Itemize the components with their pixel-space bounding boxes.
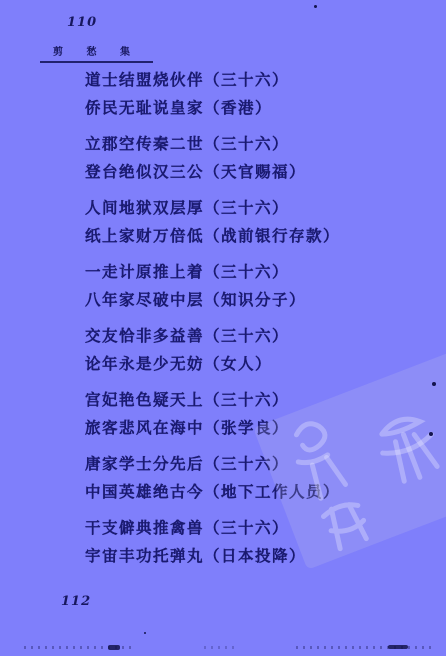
page-number-bottom: 112 [61,594,91,609]
ink-speck [429,432,433,436]
riddle-line: 交友恰非多益善（三十六） [85,322,425,350]
riddle-couplet: 交友恰非多益善（三十六） 论年永是少无妨（女人） [85,322,425,378]
riddle-line: 纸上家财万倍低（战前银行存款） [85,222,425,250]
ink-speck [432,382,436,386]
riddle-line: 登台绝似汉三公（天官赐福） [85,158,425,186]
riddle-line: 论年永是少无妨（女人） [85,350,425,378]
ink-speck [314,5,317,8]
scan-noise-strip [296,646,434,649]
riddle-couplet: 立郡空传秦二世（三十六） 登台绝似汉三公（天官赐福） [85,130,425,186]
riddle-line: 一走计原推上着（三十六） [85,258,425,286]
riddle-line: 八年家尽破中层（知识分子） [85,286,425,314]
riddle-line: 道士结盟烧伙伴（三十六） [85,66,425,94]
riddle-line: 人间地狱双层厚（三十六） [85,194,425,222]
riddle-line: 宇宙丰功托弹丸（日本投降） [85,542,425,570]
riddle-couplet: 一走计原推上着（三十六） 八年家尽破中层（知识分子） [85,258,425,314]
riddle-couplet: 人间地狱双层厚（三十六） 纸上家财万倍低（战前银行存款） [85,194,425,250]
page-number-top: 110 [67,15,97,30]
scanned-book-page: 110 剪 愁 集 道士结盟烧伙伴（三十六） 侨民无耻说皇家（香港） 立郡空传秦… [0,0,446,656]
scan-noise-blob [388,645,408,649]
ink-speck [144,632,146,634]
riddle-line: 立郡空传秦二世（三十六） [85,130,425,158]
riddle-line: 侨民无耻说皇家（香港） [85,94,425,122]
running-header-title: 剪 愁 集 [40,43,153,63]
scan-noise-blob [108,645,120,650]
scan-noise-strip [204,646,238,649]
riddle-couplet: 道士结盟烧伙伴（三十六） 侨民无耻说皇家（香港） [85,66,425,122]
